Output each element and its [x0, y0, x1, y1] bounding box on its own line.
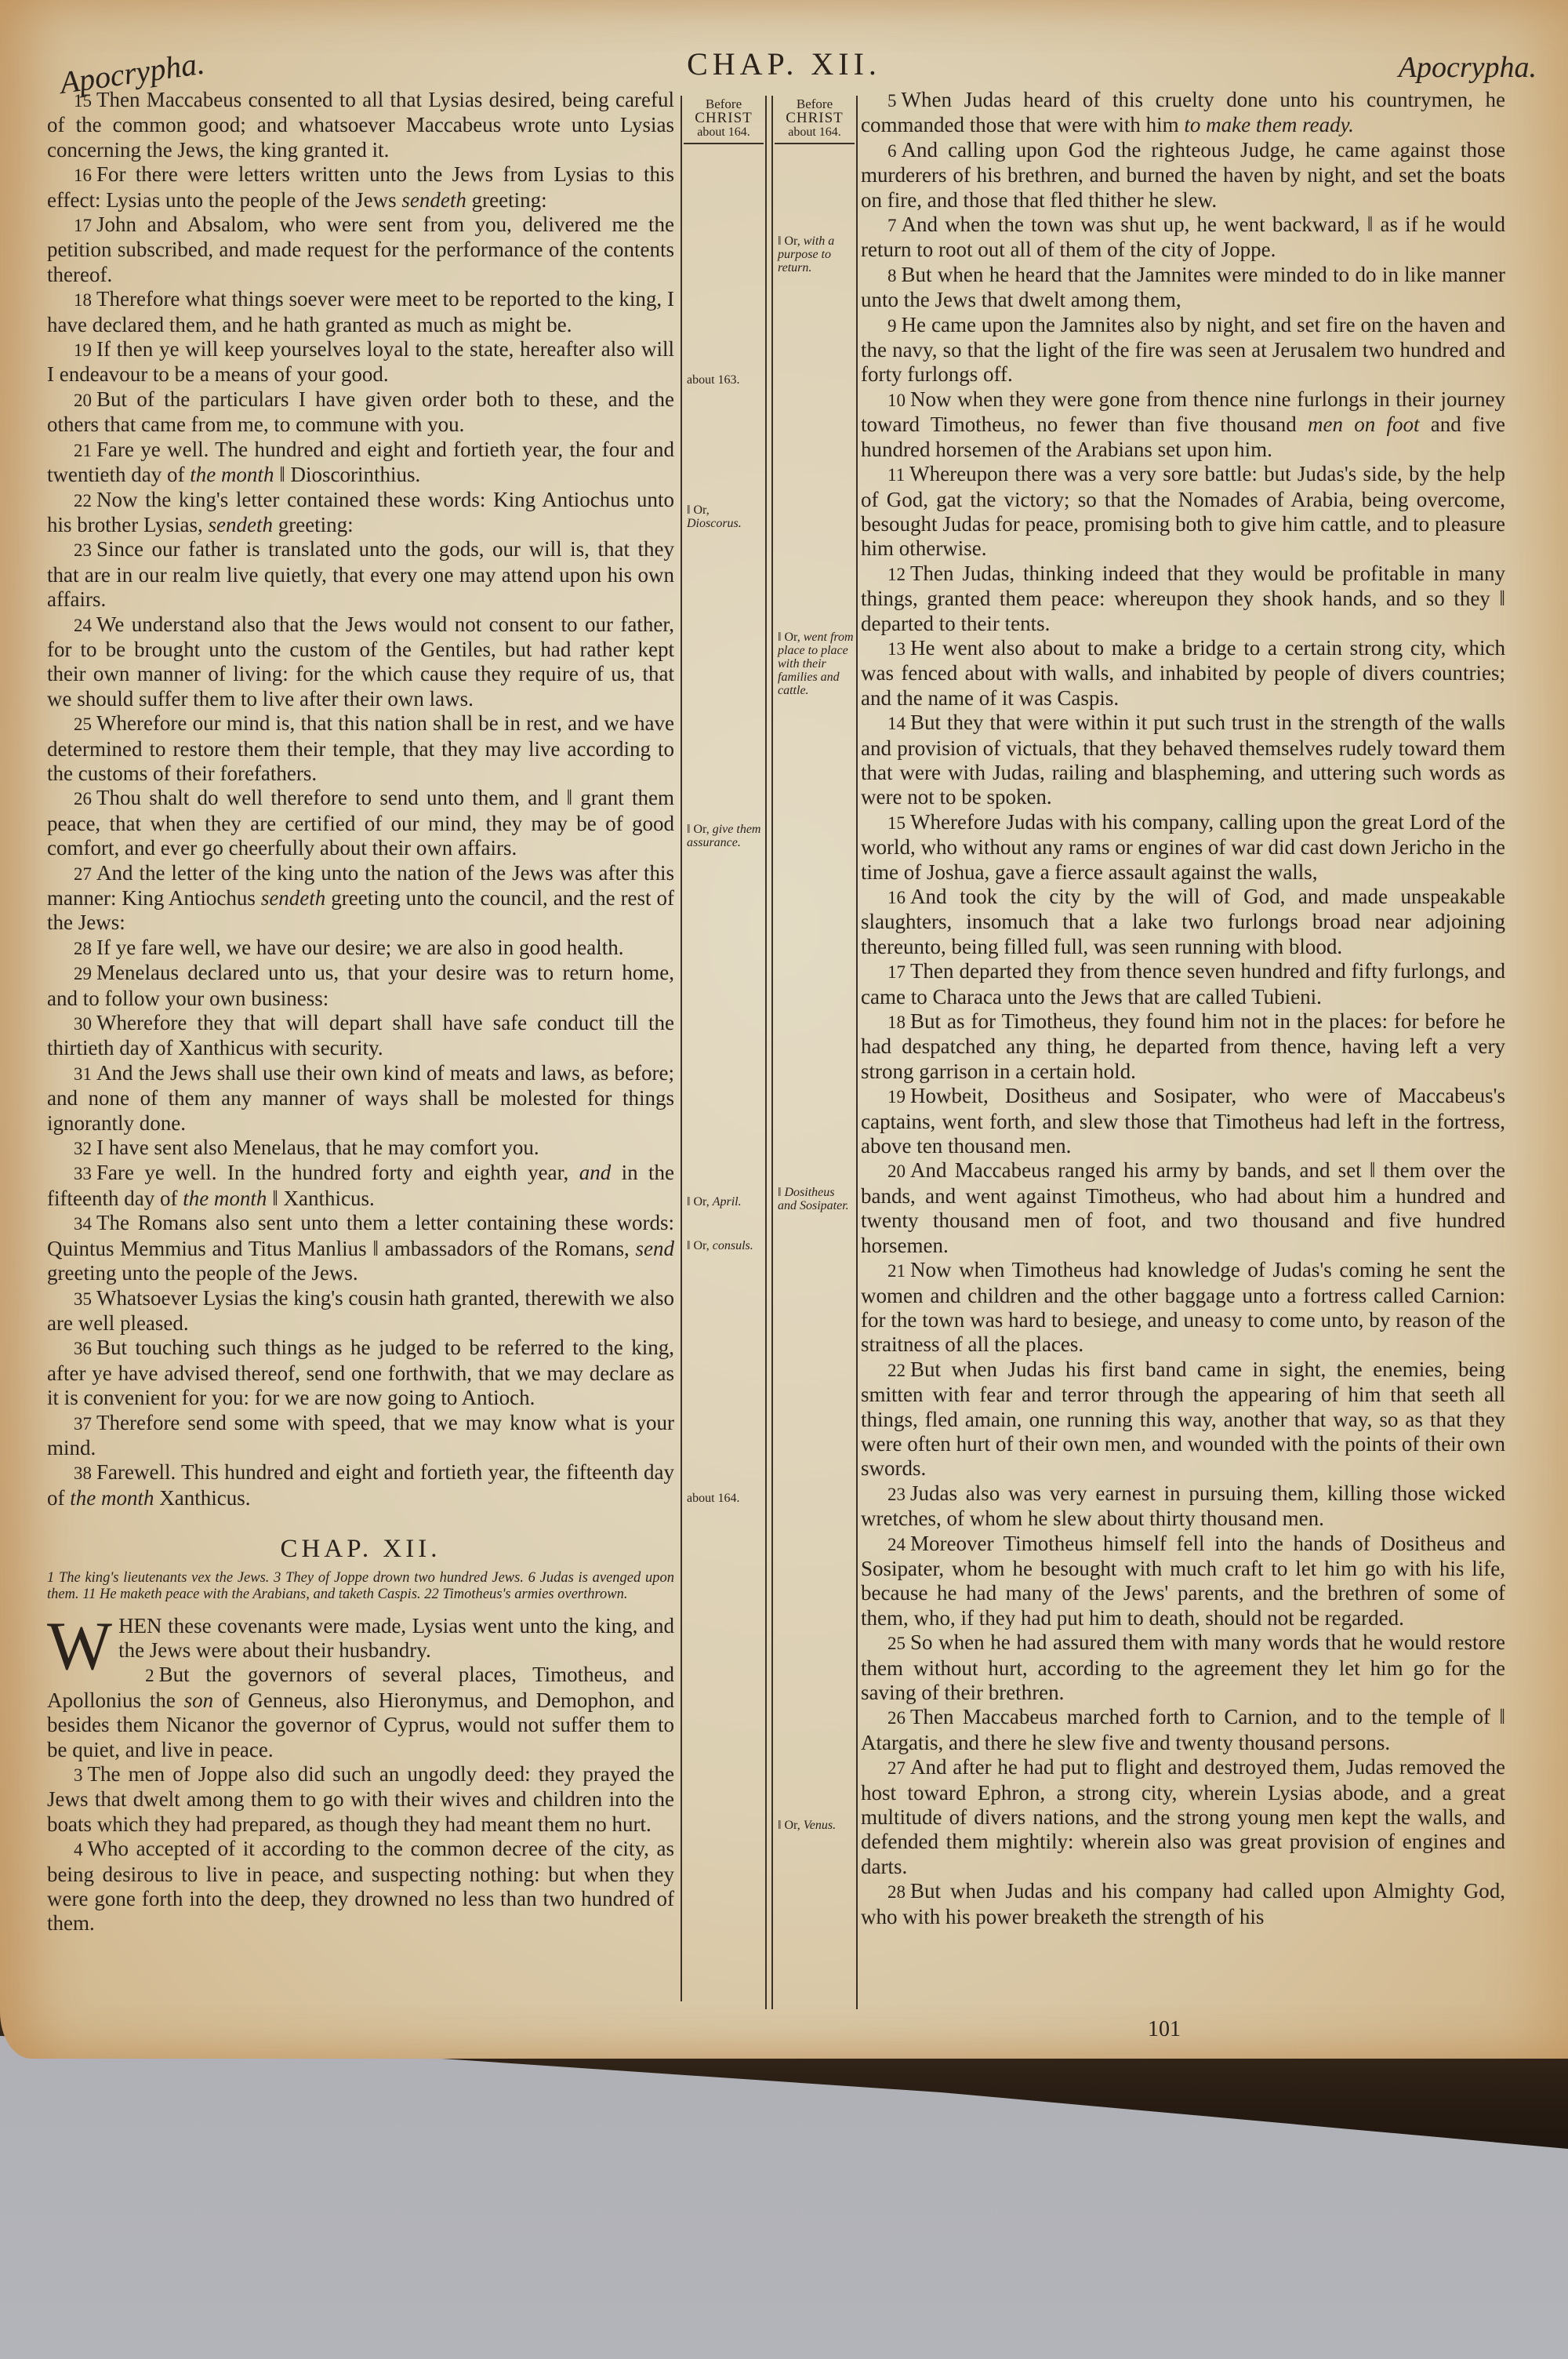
- verse-number: 10: [887, 391, 906, 410]
- verse-number: 6: [887, 141, 897, 161]
- margin-date-header: Before CHRIST about 164.: [775, 97, 855, 144]
- margin-note-italic: Venus.: [804, 1819, 836, 1832]
- margin-note-italic: April.: [713, 1195, 742, 1209]
- verse: 26Thou shalt do well therefore to send u…: [47, 786, 674, 860]
- verse-number: 35: [74, 1289, 92, 1309]
- verse: 21Now when Timotheus had knowledge of Ju…: [861, 1258, 1505, 1358]
- verse-number: 21: [887, 1261, 906, 1281]
- verse: 16And took the city by the will of God, …: [861, 885, 1505, 959]
- verse-number: 23: [887, 1485, 906, 1504]
- verse: 29Menelaus declared unto us, that your d…: [47, 961, 674, 1011]
- verse: 25So when he had assured them with many …: [861, 1630, 1505, 1705]
- verse: 25Wherefore our mind is, that this natio…: [47, 711, 674, 786]
- column-rule: [765, 96, 767, 2009]
- verse-number: 38: [74, 1463, 92, 1483]
- running-head-right: Apocrypha.: [1399, 50, 1537, 85]
- verse: 33Fare ye well. In the hundred forty and…: [47, 1161, 674, 1211]
- margin-note-italic: give them assurance.: [687, 823, 760, 849]
- margin-note: about 164.: [687, 1492, 740, 1505]
- verse: 8But when he heard that the Jamnites wer…: [861, 263, 1505, 313]
- margin-note-italic: Dioscorus.: [687, 517, 742, 530]
- verse-number: 5: [887, 91, 897, 111]
- verse: 6And calling upon God the righteous Judg…: [861, 138, 1505, 213]
- verse-1: WHEN these covenants were made, Lysias w…: [47, 1614, 674, 1663]
- italic-text: sendeth: [401, 188, 466, 212]
- verse: 19Howbeit, Dositheus and Sosipater, who …: [861, 1084, 1505, 1158]
- verse: 23Since our father is translated unto th…: [47, 537, 674, 612]
- verse: 27And the letter of the king unto the na…: [47, 861, 674, 936]
- verse: 37Therefore send some with speed, that w…: [47, 1411, 674, 1461]
- verse: 11Whereupon there was a very sore battle…: [861, 462, 1505, 562]
- verse-number: 22: [887, 1361, 906, 1380]
- verse-number: 30: [74, 1014, 92, 1034]
- margin-head-date: about 164.: [775, 125, 855, 140]
- verse-number: 28: [74, 939, 92, 958]
- verse-number: 18: [887, 1012, 906, 1032]
- margin-column-right: Before CHRIST about 164. ‖ Or, with a pu…: [775, 97, 855, 2003]
- verse-number: 12: [887, 565, 906, 584]
- column-rule: [681, 96, 682, 2001]
- verse: 32I have sent also Menelaus, that he may…: [47, 1136, 674, 1161]
- verse: 2But the governors of several places, Ti…: [47, 1663, 674, 1762]
- verse: 26Then Maccabeus marched forth to Carnio…: [861, 1705, 1505, 1755]
- verse-number: 15: [887, 813, 906, 833]
- verse: 20And Maccabeus ranged his army by bands…: [861, 1158, 1505, 1258]
- verse: 23Judas also was very earnest in pursuin…: [861, 1481, 1505, 1532]
- verse-number: 25: [887, 1634, 906, 1653]
- verse-number: 33: [74, 1164, 92, 1183]
- verse: 22Now the king's letter contained these …: [47, 488, 674, 538]
- margin-note: ‖ Or, went from place to place with thei…: [778, 631, 855, 697]
- column-rule: [771, 96, 773, 2009]
- verse-number: 11: [887, 465, 905, 485]
- italic-text: son: [184, 1688, 214, 1712]
- italic-text: the month: [190, 463, 274, 486]
- verse: 17John and Absalom, who were sent from y…: [47, 213, 674, 287]
- chapter-heading: CHAP. XII.: [47, 1537, 674, 1561]
- verse-number: 29: [74, 964, 92, 983]
- verse-number: 25: [74, 714, 92, 734]
- verse: 12Then Judas, thinking indeed that they …: [861, 562, 1505, 636]
- verse-number: 3: [74, 1765, 83, 1785]
- verse: 24We understand also that the Jews would…: [47, 612, 674, 712]
- verse-number: 18: [74, 290, 92, 310]
- verse: 38Farewell. This hundred and eight and f…: [47, 1460, 674, 1510]
- verse: 27And after he had put to flight and des…: [861, 1755, 1505, 1879]
- margin-head-date: about 164.: [684, 125, 764, 140]
- margin-note: about 163.: [687, 373, 740, 387]
- margin-date-header: Before CHRIST about 164.: [684, 97, 764, 144]
- margin-note: ‖ Dositheus and Sosipater.: [778, 1186, 855, 1212]
- verse: 9He came upon the Jamnites also by night…: [861, 313, 1505, 387]
- verse-number: 32: [74, 1139, 92, 1158]
- italic-text: sendeth: [208, 513, 272, 536]
- verse-number: 14: [887, 714, 906, 733]
- verse-number: 20: [74, 391, 92, 410]
- verses-chapter-11: 15Then Maccabeus consented to all that L…: [47, 88, 674, 1510]
- verse: 15Then Maccabeus consented to all that L…: [47, 88, 674, 162]
- verse: 34The Romans also sent unto them a lette…: [47, 1211, 674, 1285]
- verse: 31And the Jews shall use their own kind …: [47, 1061, 674, 1136]
- verse: 19If then ye will keep yourselves loyal …: [47, 337, 674, 387]
- verse: 14But they that were within it put such …: [861, 711, 1505, 810]
- verse-number: 16: [887, 888, 906, 907]
- book-page: Apocrypha. CHAP. XII. Apocrypha. 15Then …: [0, 0, 1568, 2059]
- verse: 18Therefore what things soever were meet…: [47, 287, 674, 337]
- verse-number: 4: [74, 1840, 83, 1859]
- verse-number: 19: [74, 340, 92, 360]
- margin-column-left: Before CHRIST about 164. about 163. ‖ Or…: [684, 97, 764, 2003]
- verse: 28If ye fare well, we have our desire; w…: [47, 936, 674, 961]
- margin-note: ‖ Or, April.: [687, 1195, 742, 1209]
- verse-number: 27: [74, 864, 92, 884]
- verse: 5When Judas heard of this cruelty done u…: [861, 88, 1505, 138]
- verse: 18But as for Timotheus, they found him n…: [861, 1009, 1505, 1084]
- verses-chapter-12: 2But the governors of several places, Ti…: [47, 1663, 674, 1936]
- verse: 30Wherefore they that will depart shall …: [47, 1011, 674, 1061]
- verse: 35Whatsoever Lysias the king's cousin ha…: [47, 1286, 674, 1336]
- verse: 21Fare ye well. The hundred and eight an…: [47, 438, 674, 488]
- italic-text: to make them ready.: [1184, 113, 1353, 136]
- verse-number: 8: [887, 266, 897, 285]
- verses-chapter-12-cont: 5When Judas heard of this cruelty done u…: [861, 88, 1505, 1929]
- verse: 16For there were letters written unto th…: [47, 162, 674, 213]
- margin-note: ‖ Or, Dioscorus.: [687, 503, 764, 530]
- verse: 4Who accepted of it according to the com…: [47, 1837, 674, 1936]
- verse-number: 2: [145, 1666, 154, 1685]
- italic-text: and: [579, 1161, 612, 1184]
- column-rule: [856, 96, 858, 2009]
- margin-note: ‖ Or, with a purpose to return.: [778, 234, 855, 274]
- margin-note: ‖ Or, consuls.: [687, 1239, 753, 1252]
- verse-number: 31: [74, 1064, 92, 1084]
- verse: 10Now when they were gone from thence ni…: [861, 387, 1505, 462]
- verse-number: 15: [74, 91, 92, 111]
- verse-number: 7: [887, 216, 897, 235]
- page-number: 101: [1148, 2017, 1181, 2042]
- margin-note: ‖ Or, give them assurance.: [687, 823, 764, 849]
- verse: 13He went also about to make a bridge to…: [861, 636, 1505, 711]
- right-text-column: 5When Judas heard of this cruelty done u…: [861, 88, 1505, 1929]
- verse-number: 9: [887, 316, 897, 336]
- running-head-center: CHAP. XII.: [0, 45, 1568, 82]
- verse: 28But when Judas and his company had cal…: [861, 1879, 1505, 1929]
- verse: 15Wherefore Judas with his company, call…: [861, 810, 1505, 885]
- verse: 7And when the town was shut up, he went …: [861, 213, 1505, 263]
- margin-note-italic: consuls.: [713, 1239, 753, 1252]
- drop-cap: W: [47, 1619, 112, 1675]
- verse-number: 22: [74, 491, 92, 511]
- margin-head-christ: CHRIST: [775, 111, 855, 125]
- verse-number: 27: [887, 1758, 906, 1778]
- verse: 3The men of Joppe also did such an ungod…: [47, 1762, 674, 1837]
- verse-number: 21: [74, 441, 92, 460]
- verse: 17Then departed they from thence seven h…: [861, 959, 1505, 1009]
- italic-text: the month: [70, 1486, 154, 1510]
- italic-text: the month: [183, 1187, 267, 1210]
- verse-number: 17: [74, 216, 92, 235]
- margin-note-italic: with a purpose to return.: [778, 234, 834, 274]
- verse-number: 24: [887, 1535, 906, 1554]
- verse: 20But of the particulars I have given or…: [47, 387, 674, 438]
- verse-number: 34: [74, 1214, 92, 1234]
- verse-number: 23: [74, 540, 92, 560]
- margin-note-italic: went from place to place with their fami…: [778, 631, 854, 697]
- verse-number: 19: [887, 1087, 906, 1107]
- verse-number: 26: [887, 1708, 906, 1728]
- chapter-summary: 1 The king's lieutenants vex the Jews. 3…: [47, 1570, 674, 1603]
- italic-text: sendeth: [261, 886, 325, 910]
- margin-head-christ: CHRIST: [684, 111, 764, 125]
- verse: 36But touching such things as he judged …: [47, 1336, 674, 1410]
- verse-number: 26: [74, 789, 92, 809]
- verse-number: 20: [887, 1161, 906, 1181]
- verse-number: 24: [74, 616, 92, 635]
- italic-text: men on foot: [1308, 413, 1420, 436]
- left-text-column: 15Then Maccabeus consented to all that L…: [47, 88, 674, 1936]
- verse-number: 36: [74, 1339, 92, 1358]
- verse-number: 28: [887, 1882, 906, 1902]
- verse: 22But when Judas his first band came in …: [861, 1358, 1505, 1481]
- verse-number: 17: [887, 962, 906, 982]
- verse: 24Moreover Timotheus himself fell into t…: [861, 1532, 1505, 1631]
- italic-text: send: [636, 1237, 675, 1260]
- verse-number: 13: [887, 639, 906, 659]
- margin-note: ‖ Or, Venus.: [778, 1819, 836, 1832]
- verse-number: 37: [74, 1414, 92, 1434]
- verse-text: HEN these covenants were made, Lysias we…: [118, 1614, 674, 1662]
- verse-number: 16: [74, 165, 92, 185]
- margin-note-italic: Dositheus and Sosipater.: [778, 1186, 849, 1212]
